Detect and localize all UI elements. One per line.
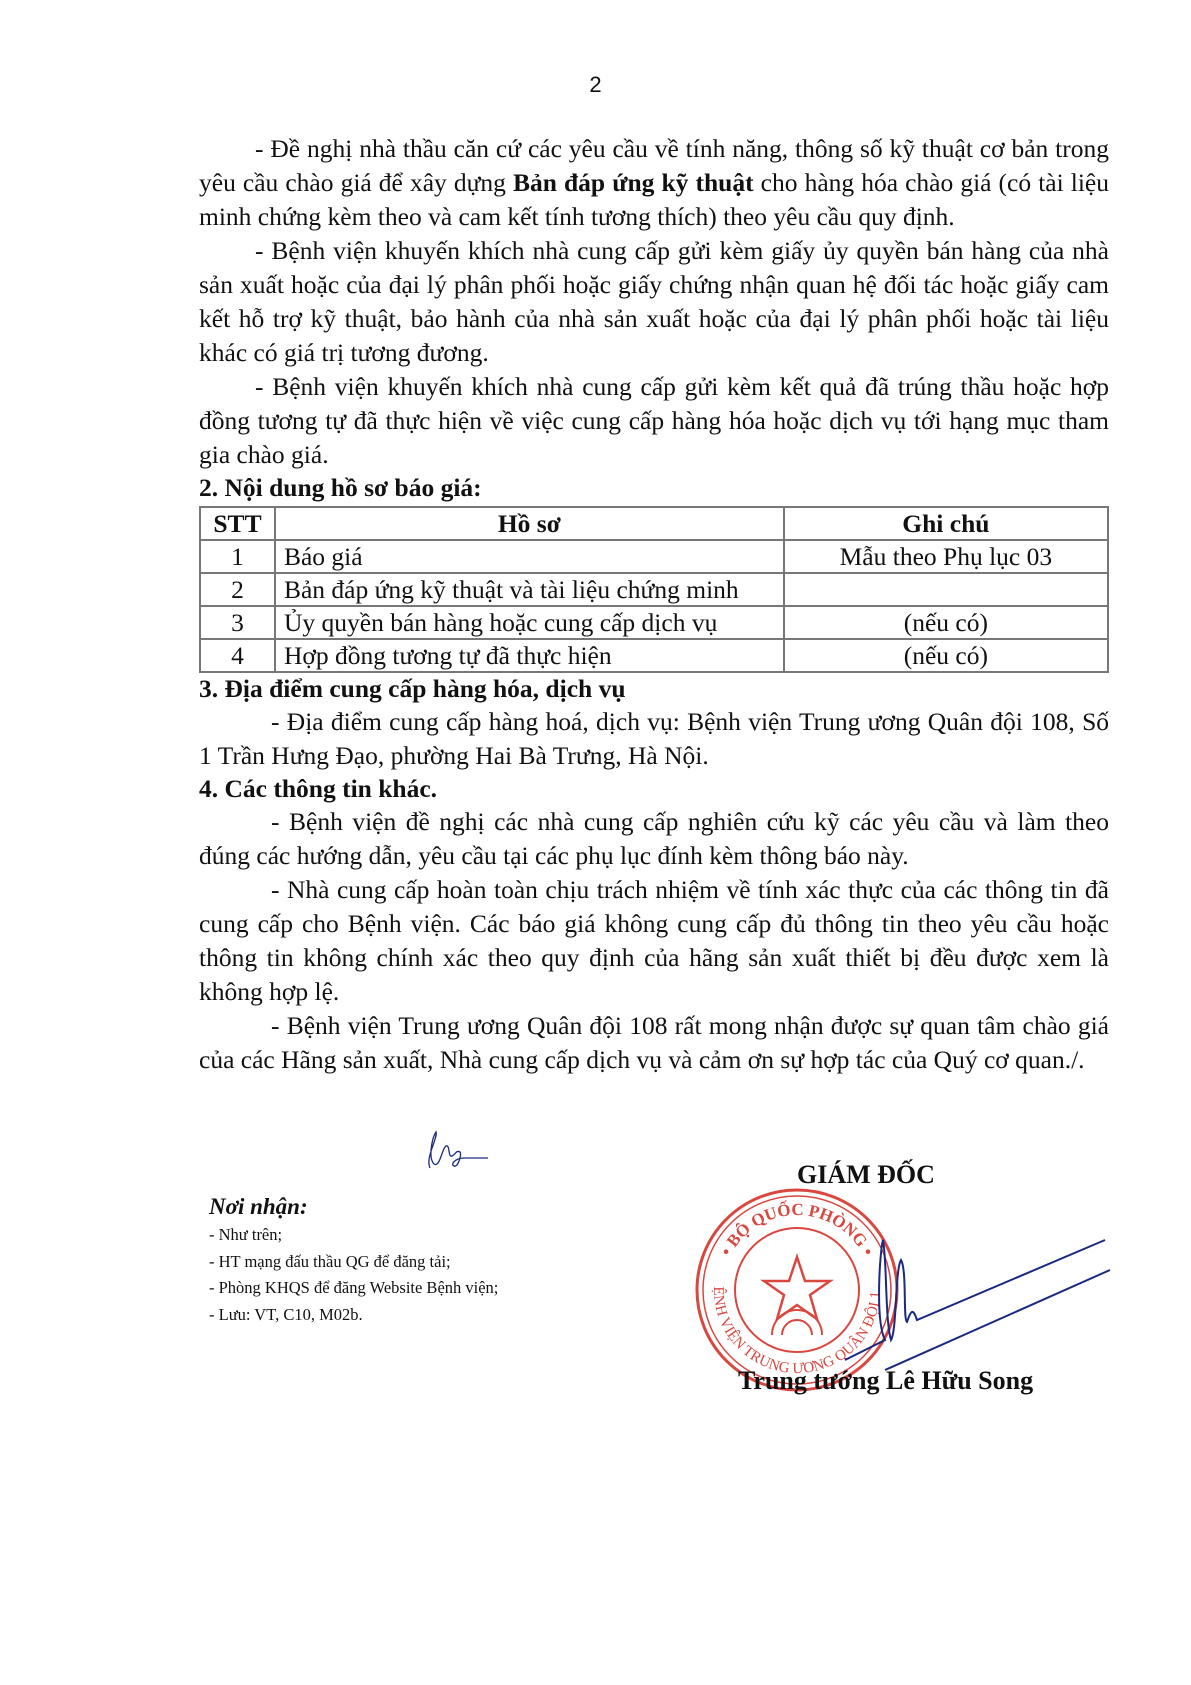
- bold-term: Bản đáp ứng kỹ thuật: [513, 168, 754, 197]
- signatory-title: GIÁM ĐỐC: [797, 1160, 935, 1190]
- cell-stt: 4: [200, 639, 275, 672]
- cell-stt: 2: [200, 573, 275, 606]
- table-row: 2 Bản đáp ứng kỹ thuật và tài liệu chứng…: [200, 573, 1108, 606]
- section-3-heading: 3. Địa điểm cung cấp hàng hóa, dịch vụ: [199, 673, 1109, 705]
- intro-paragraph-1: - Đề nghị nhà thầu căn cứ các yêu cầu về…: [199, 132, 1109, 234]
- signatory-name: Trung tướng Lê Hữu Song: [738, 1366, 1033, 1396]
- header-document: Hồ sơ: [275, 507, 784, 540]
- section-2-heading: 2. Nội dung hồ sơ báo giá:: [199, 472, 1109, 504]
- table-header-row: STT Hồ sơ Ghi chú: [200, 507, 1108, 540]
- section-4-paragraph-2: - Nhà cung cấp hoàn toàn chịu trách nhiệ…: [199, 873, 1109, 1009]
- recipient-item: - HT mạng đấu thầu QG để đăng tải;: [209, 1249, 498, 1276]
- cell-note: Mẫu theo Phụ lục 03: [784, 540, 1108, 573]
- section-4-heading: 4. Các thông tin khác.: [199, 773, 1109, 805]
- cell-stt: 1: [200, 540, 275, 573]
- header-note: Ghi chú: [784, 507, 1108, 540]
- cell-note: (nếu có): [784, 606, 1108, 639]
- initial-signature-icon: [420, 1128, 490, 1172]
- table-row: 1 Báo giá Mẫu theo Phụ lục 03: [200, 540, 1108, 573]
- recipients-title: Nơi nhận:: [209, 1192, 498, 1222]
- cell-note: (nếu có): [784, 639, 1108, 672]
- document-body: - Đề nghị nhà thầu căn cứ các yêu cầu về…: [199, 132, 1109, 1077]
- documents-table: STT Hồ sơ Ghi chú 1 Báo giá Mẫu theo Phụ…: [199, 506, 1109, 673]
- recipients-block: Nơi nhận: - Như trên; - HT mạng đấu thầu…: [209, 1192, 498, 1328]
- table-row: 3 Ủy quyền bán hàng hoặc cung cấp dịch v…: [200, 606, 1108, 639]
- table-row: 4 Hợp đồng tương tự đã thực hiện (nếu có…: [200, 639, 1108, 672]
- cell-note: [784, 573, 1108, 606]
- director-signature-icon: [825, 1210, 1115, 1390]
- cell-document: Bản đáp ứng kỹ thuật và tài liệu chứng m…: [275, 573, 784, 606]
- cell-document: Ủy quyền bán hàng hoặc cung cấp dịch vụ: [275, 606, 784, 639]
- recipient-item: - Lưu: VT, C10, M02b.: [209, 1302, 498, 1329]
- section-4-paragraph-3: - Bệnh viện Trung ương Quân đội 108 rất …: [199, 1009, 1109, 1077]
- cell-stt: 3: [200, 606, 275, 639]
- section-4-paragraph-1: - Bệnh viện đề nghị các nhà cung cấp ngh…: [199, 805, 1109, 873]
- cell-document: Báo giá: [275, 540, 784, 573]
- cell-document: Hợp đồng tương tự đã thực hiện: [275, 639, 784, 672]
- section-3-paragraph: - Địa điểm cung cấp hàng hoá, dịch vụ: B…: [199, 705, 1109, 773]
- header-stt: STT: [200, 507, 275, 540]
- page-number: 2: [0, 72, 1191, 98]
- recipient-item: - Như trên;: [209, 1222, 498, 1249]
- recipient-item: - Phòng KHQS để đăng Website Bệnh viện;: [209, 1275, 498, 1302]
- intro-paragraph-2: - Bệnh viện khuyến khích nhà cung cấp gử…: [199, 234, 1109, 370]
- intro-paragraph-3: - Bệnh viện khuyến khích nhà cung cấp gử…: [199, 370, 1109, 472]
